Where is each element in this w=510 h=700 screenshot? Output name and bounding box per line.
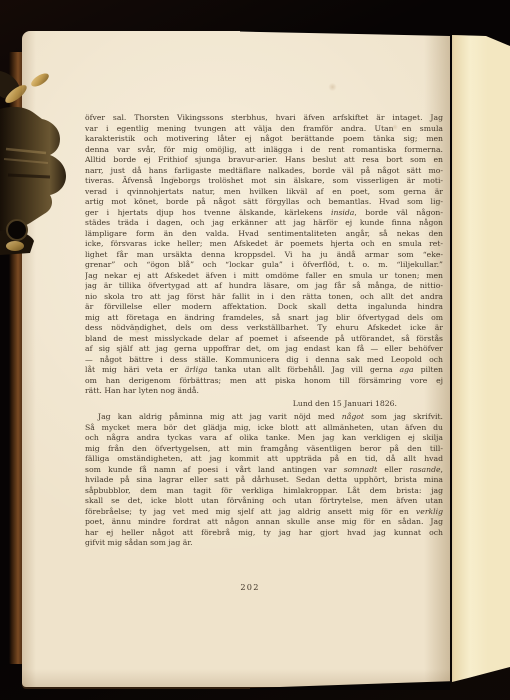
text-line: bland de mest misslyckade delar af poeme… (85, 334, 443, 345)
text-line: rätt. Han har lyten nog ändå. (85, 386, 443, 397)
facing-page (446, 33, 510, 683)
text-line: verad i qvinnohjertats natur, men hvilke… (85, 187, 443, 198)
text-line: jag är tillika öfvertygad att af hundra … (85, 281, 443, 292)
brass-clasp (0, 53, 80, 258)
text-line: Alltid borde ej Frithiof sjunga bravur-a… (85, 155, 443, 166)
text-line: är förvillelse eller modern affektation.… (85, 302, 443, 313)
text-line: städes träda i dagen, och jag erkänner a… (85, 218, 443, 229)
text-line: poet, ännu mindre fordrat att någon anna… (85, 517, 443, 528)
page-number: 202 (71, 582, 429, 592)
clasp-glint-top (29, 71, 51, 89)
text-line: dess nödvändighet, dels om dess verkstäl… (85, 323, 443, 334)
text-line: har ej heller något att förebrå mig, ty … (85, 528, 443, 539)
clasp-body (0, 107, 66, 231)
text-line: artig mot könet, borde på något sätt för… (85, 197, 443, 208)
paper-spot (328, 83, 337, 91)
text-line: denna var svår, för mig omöjlig, att inl… (85, 145, 443, 156)
text-line: tiveras. Äfvenså Ingeborgs trolöshet mot… (85, 176, 443, 187)
book-page: öfver sal. Thorsten Vikingssons sterbhus… (22, 31, 450, 687)
text-line: lighet får man ursäkta denna kroppsdel. … (85, 250, 443, 261)
text-line: och några andra tyckas vara af olika tan… (85, 433, 443, 444)
text-line: fälliga omständigheten, att jag kommit a… (85, 454, 443, 465)
text-line: skall se det, icke blott utan förvåning … (85, 496, 443, 507)
text-line: såpbubblor, dem man tagit för verkliga h… (85, 486, 443, 497)
clasp-hole (7, 220, 27, 240)
text-line: Jag nekar ej att Afskedet äfven i mitt o… (85, 271, 443, 282)
text-line: låt mig häri veta er ärliga tanka utan a… (85, 365, 443, 376)
text-line: Jag kan aldrig påminna mig att jag varit… (85, 412, 443, 423)
text-line: grenar” och “ögon blå” och “lockar gula”… (85, 260, 443, 271)
dateline: Lund den 15 Januari 1826. (85, 399, 443, 410)
text-line: förebråelse; ty jag vet med mig sjelf at… (85, 507, 443, 518)
text-line: ger i hjertats djup hos tvenne älskande,… (85, 208, 443, 219)
text-line: gifvit mig sådan som jag är. (85, 538, 443, 549)
text-line: mig att företaga en ändring framdeles, s… (85, 313, 443, 324)
text-line: om han derigenom förbättras; men att pis… (85, 376, 443, 387)
text-line: — något bättre i dess ställe. Kommunicer… (85, 355, 443, 366)
text-line: karakteristik och motivering låter ej nå… (85, 134, 443, 145)
text-line: som kunde få namn af poesi i vårt land a… (85, 465, 443, 476)
text-line: nio skola tro att jag först här fallit i… (85, 292, 443, 303)
text-line: Så mycket mera bör det glädja mig, icke … (85, 423, 443, 434)
text-line: af sig själf att jag gerna uppoffrar det… (85, 344, 443, 355)
text-line: hvilade på sina lagrar eller satt på dår… (85, 475, 443, 486)
text-line: narr, just då hans farligaste medtäflare… (85, 166, 443, 177)
photo-backdrop: öfver sal. Thorsten Vikingssons sterbhus… (0, 0, 510, 700)
text-line: lämpligare form än den valda. Hvad senti… (85, 229, 443, 240)
text-line: var i egentlig mening tvungen att välja … (85, 124, 443, 135)
page-text: öfver sal. Thorsten Vikingssons sterbhus… (85, 113, 443, 549)
text-line: öfver sal. Thorsten Vikingssons sterbhus… (85, 113, 443, 124)
clasp-glint-bottom (6, 241, 24, 251)
text-line: icke, försvaras icke heller; men Afskede… (85, 239, 443, 250)
text-line: mig från den öfvertygelsen, att min fram… (85, 444, 443, 455)
